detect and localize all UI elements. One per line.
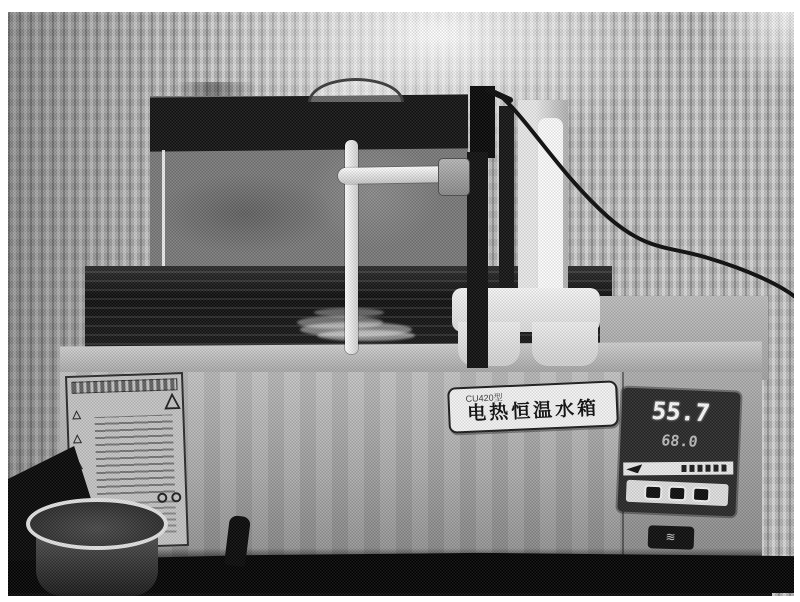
probe-pole-rear <box>499 106 514 298</box>
wall-highlight-corner <box>634 12 794 212</box>
photo-page: △ △ △ △ CU420型 电热恒温水箱 55.7 68.0 <box>0 0 800 602</box>
pv-temperature-display: 55.7 <box>620 396 742 429</box>
brand-strip <box>623 462 733 476</box>
warning-triangle-icon: △ <box>72 410 81 421</box>
bath-open-lid <box>150 96 468 292</box>
equipment-nameplate: CU420型 电热恒温水箱 <box>447 380 619 433</box>
probe-holder-panel-highlight <box>538 118 563 300</box>
metal-pot-rim <box>26 498 168 550</box>
warning-triangle-icon: △ <box>164 390 180 411</box>
retort-stand-clamp <box>438 158 470 196</box>
temperature-controller: 55.7 68.0 <box>617 387 740 516</box>
water-bath-photo: △ △ △ △ CU420型 电热恒温水箱 55.7 68.0 <box>8 12 794 596</box>
label-circle-mark <box>171 492 181 502</box>
swoosh-logo-icon <box>626 464 642 473</box>
power-rocker-icon: ≋ <box>648 525 695 550</box>
sv-temperature-display: 68.0 <box>619 429 739 452</box>
foam-cup-right <box>532 322 598 366</box>
probe-top-clamp <box>470 86 495 158</box>
brand-text-marks <box>681 465 729 472</box>
label-text-lines <box>94 414 175 495</box>
probe-pole-front <box>467 152 488 368</box>
controller-set-button <box>644 484 663 500</box>
controller-down-button <box>668 485 687 501</box>
warning-triangle-icon: △ <box>73 434 82 445</box>
controller-button-row <box>626 480 729 506</box>
label-title-bar <box>71 378 177 394</box>
metal-pot <box>26 498 170 596</box>
controller-up-button <box>692 486 711 502</box>
lid-top-edge <box>150 94 468 151</box>
